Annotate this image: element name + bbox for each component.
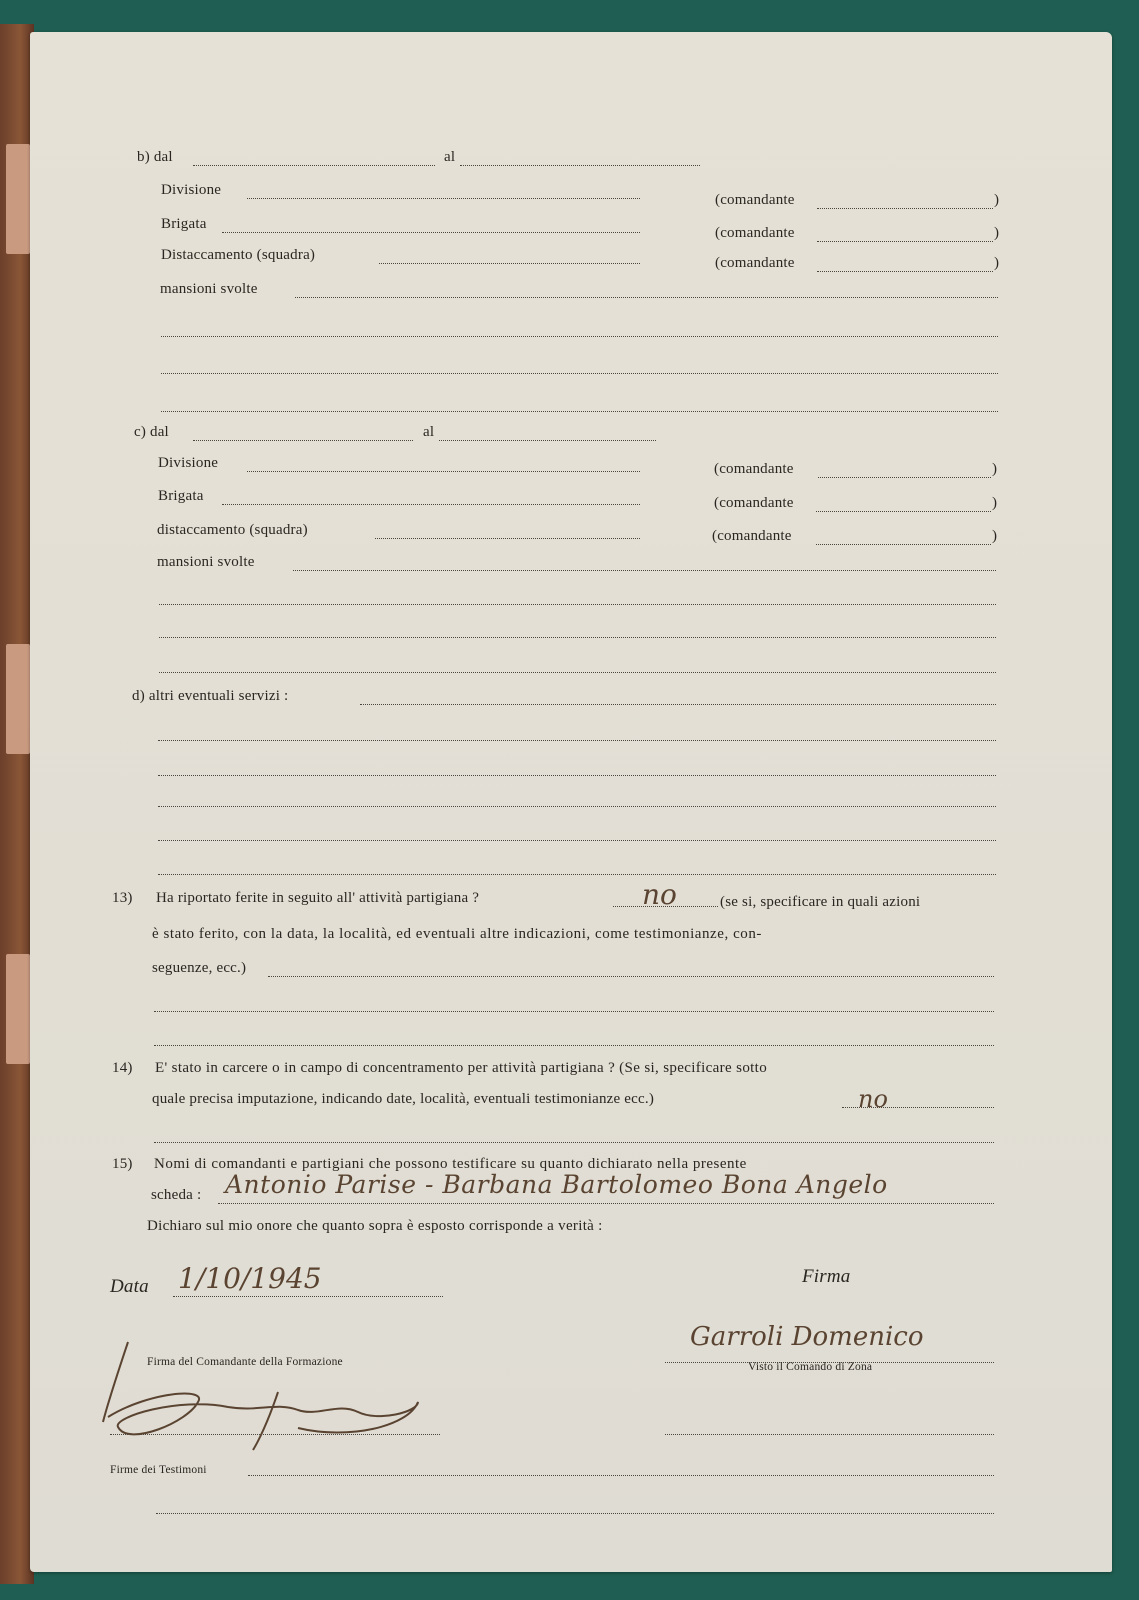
q15-answer: Antonio Parise - Barbana Bartolomeo Bona… [225, 1170, 888, 1199]
q15-number: 15) [112, 1156, 133, 1173]
q14-text-2: quale precisa imputazione, indicando dat… [152, 1091, 654, 1108]
section-c-dal: c) dal [134, 424, 169, 441]
b-mansioni-field[interactable] [295, 297, 998, 298]
c-comandante-2: (comandante [714, 495, 794, 512]
d-line[interactable] [158, 775, 996, 776]
firma-label: Firma [802, 1266, 851, 1288]
q13-number: 13) [112, 890, 133, 907]
paren: ) [994, 225, 999, 242]
b-al-field[interactable] [460, 165, 700, 166]
form-page: b) dal al Divisione (comandante ) Brigat… [30, 32, 1112, 1572]
b-comandante-3: (comandante [715, 255, 795, 272]
q13-field[interactable] [268, 976, 994, 977]
b-comandante-2: (comandante [715, 225, 795, 242]
c-mansioni-label: mansioni svolte [157, 554, 255, 571]
section-d-label: d) altri eventuali servizi : [132, 688, 288, 705]
paren: ) [992, 495, 997, 512]
paren: ) [992, 461, 997, 478]
c-comandante-3: (comandante [712, 528, 792, 545]
c-dal-field[interactable] [193, 440, 413, 441]
b-mansioni-line[interactable] [161, 411, 998, 412]
q15-field[interactable] [218, 1203, 994, 1204]
c-distaccamento-label: distaccamento (squadra) [157, 522, 308, 539]
d-field[interactable] [360, 704, 996, 705]
binder-tab [6, 644, 30, 754]
q13-line[interactable] [154, 1011, 994, 1012]
b-mansioni-line[interactable] [161, 336, 998, 337]
q13-text-3: seguenze, ecc.) [152, 960, 246, 977]
b-mansioni-label: mansioni svolte [160, 281, 258, 298]
section-b-dal: b) dal [137, 149, 173, 166]
visto-label: Visto il Comando di Zona [748, 1361, 872, 1373]
b-comandante-3-field[interactable] [817, 271, 993, 272]
data-label: Data [110, 1276, 149, 1298]
b-mansioni-line[interactable] [161, 373, 998, 374]
b-divisione-field[interactable] [247, 198, 640, 199]
c-comandante-2-field[interactable] [816, 511, 991, 512]
q13-answer: no [642, 878, 677, 911]
c-comandante-1-field[interactable] [818, 477, 991, 478]
q13-text-1: Ha riportato ferite in seguito all' atti… [156, 890, 479, 907]
d-line[interactable] [158, 840, 996, 841]
b-divisione-label: Divisione [161, 182, 221, 199]
data-value: 1/10/1945 [178, 1262, 322, 1295]
c-mansioni-line[interactable] [159, 637, 996, 638]
b-dal-field[interactable] [193, 165, 435, 166]
comandante-signature [88, 1332, 428, 1452]
data-field[interactable] [173, 1296, 443, 1297]
b-brigata-label: Brigata [161, 216, 207, 233]
c-al-field[interactable] [439, 440, 656, 441]
visto-field[interactable] [665, 1434, 994, 1435]
firma-value: Garroli Domenico [690, 1322, 924, 1352]
c-mansioni-line[interactable] [159, 672, 996, 673]
q14-text-1: E' stato in carcere o in campo di concen… [155, 1060, 767, 1077]
q15-scheda-label: scheda : [151, 1187, 201, 1204]
section-b-al: al [444, 149, 455, 166]
b-brigata-field[interactable] [222, 232, 640, 233]
paren: ) [994, 192, 999, 209]
c-mansioni-field[interactable] [293, 570, 996, 571]
q14-line[interactable] [154, 1142, 994, 1143]
q14-answer: no [858, 1085, 888, 1113]
c-mansioni-line[interactable] [159, 604, 996, 605]
q13-line[interactable] [154, 1045, 994, 1046]
testimoni-field-1[interactable] [248, 1475, 994, 1476]
c-comandante-1: (comandante [714, 461, 794, 478]
c-divisione-field[interactable] [247, 471, 640, 472]
b-comandante-2-field[interactable] [817, 241, 993, 242]
paren: ) [994, 255, 999, 272]
c-brigata-label: Brigata [158, 488, 204, 505]
b-comandante-1-field[interactable] [817, 208, 993, 209]
c-distaccamento-field[interactable] [375, 538, 640, 539]
binder-tab [6, 144, 30, 254]
d-line[interactable] [158, 874, 996, 875]
b-comandante-1: (comandante [715, 192, 795, 209]
binder-tab [6, 954, 30, 1064]
c-divisione-label: Divisione [158, 455, 218, 472]
wooden-surface [0, 24, 34, 1584]
b-distaccamento-field[interactable] [379, 263, 640, 264]
paren: ) [992, 528, 997, 545]
b-distaccamento-label: Distaccamento (squadra) [161, 247, 315, 264]
section-c-al: al [423, 424, 434, 441]
testimoni-label: Firme dei Testimoni [110, 1464, 207, 1476]
testimoni-field-2[interactable] [156, 1513, 994, 1514]
q13-text-1-end: (se si, specificare in quali azioni [720, 894, 920, 911]
c-brigata-field[interactable] [222, 504, 640, 505]
d-line[interactable] [158, 740, 996, 741]
d-line[interactable] [158, 806, 996, 807]
declaration-text: Dichiaro sul mio onore che quanto sopra … [147, 1218, 603, 1235]
c-comandante-3-field[interactable] [816, 544, 991, 545]
q14-number: 14) [112, 1060, 133, 1077]
q13-text-2: è stato ferito, con la data, la località… [152, 926, 762, 943]
